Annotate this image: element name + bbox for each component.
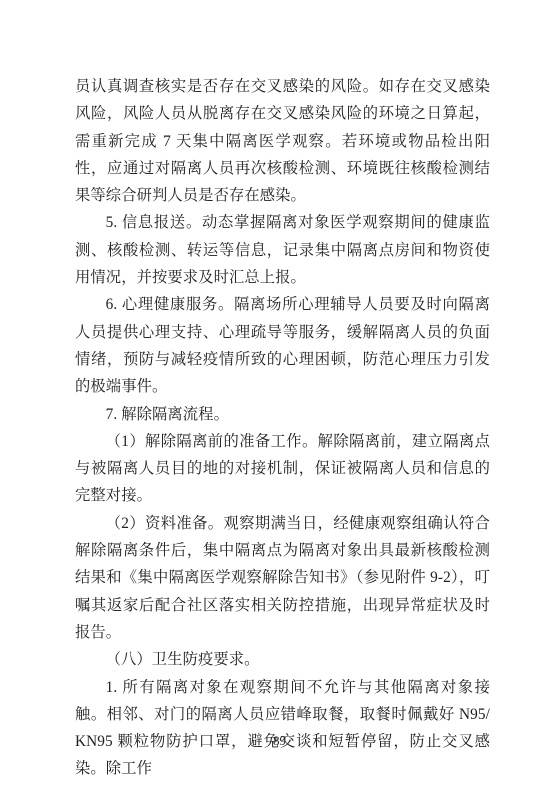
section-heading-hygiene-requirements: （八）卫生防疫要求。 [75, 646, 490, 673]
document-page: 员认真调查核实是否存在交叉感染的风险。如存在交叉感染风险，风险人员从脱离存在交叉… [0, 0, 559, 793]
page-number: 89 [0, 733, 559, 749]
paragraph-sub-1-preparation: （1）解除隔离前的准备工作。解除隔离前，建立隔离点与被隔离人员目的地的对接机制，… [75, 428, 490, 510]
paragraph-item-6-mental-health: 6. 心理健康服务。隔离场所心理辅导人员要及时向隔离人员提供心理支持、心理疏导等… [75, 291, 490, 400]
paragraph-item-7-release-process: 7. 解除隔离流程。 [75, 401, 490, 428]
paragraph-sub-2-materials: （2）资料准备。观察期满当日，经健康观察组确认符合解除隔离条件后，集中隔离点为隔… [75, 510, 490, 646]
paragraph-continuation: 员认真调查核实是否存在交叉感染的风险。如存在交叉感染风险，风险人员从脱离存在交叉… [75, 73, 490, 209]
document-body: 员认真调查核实是否存在交叉感染的风险。如存在交叉感染风险，风险人员从脱离存在交叉… [75, 73, 490, 783]
paragraph-item-1-no-contact: 1. 所有隔离对象在观察期间不允许与其他隔离对象接触。相邻、对门的隔离人员应错峰… [75, 674, 490, 783]
paragraph-item-5-information-reporting: 5. 信息报送。动态掌握隔离对象医学观察期间的健康监测、核酸检测、转运等信息，记… [75, 209, 490, 291]
